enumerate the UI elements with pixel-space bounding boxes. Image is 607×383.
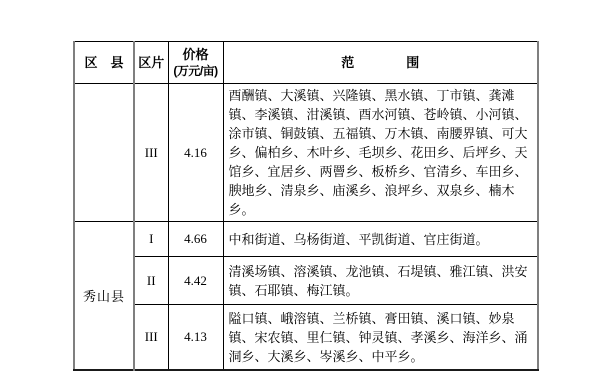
zone-cell: III	[134, 305, 168, 371]
table-header-row: 区 县 区片 价格 (万元/亩) 范 围	[74, 42, 538, 84]
zone-cell: III	[134, 84, 168, 222]
zone-cell: II	[134, 257, 168, 305]
header-price: 价格 (万元/亩)	[168, 42, 223, 84]
header-zone: 区片	[134, 42, 168, 84]
header-range: 范 围	[223, 42, 538, 84]
range-cell: 清溪场镇、溶溪镇、龙池镇、石堤镇、雅江镇、洪安镇、石耶镇、梅江镇。	[223, 257, 538, 305]
range-cell: 中和街道、乌杨街道、平凯街道、官庄街道。	[223, 222, 538, 257]
price-cell: 4.42	[168, 257, 223, 305]
price-cell: 4.13	[168, 305, 223, 371]
zone-cell: I	[134, 222, 168, 257]
land-price-table: 区 县 区片 价格 (万元/亩) 范 围 III 4.16 酉酬镇、大溪镇、兴隆…	[73, 41, 539, 371]
price-cell: 4.66	[168, 222, 223, 257]
table-row: II 4.42 清溪场镇、溶溪镇、龙池镇、石堤镇、雅江镇、洪安镇、石耶镇、梅江镇…	[74, 257, 538, 305]
table-row: III 4.13 隘口镇、峨溶镇、兰桥镇、膏田镇、溪口镇、妙泉镇、宋农镇、里仁镇…	[74, 305, 538, 371]
district-cell-xiushan: 秀山县	[74, 222, 134, 371]
header-district: 区 县	[74, 42, 134, 84]
table-row: 秀山县 I 4.66 中和街道、乌杨街道、平凯街道、官庄街道。	[74, 222, 538, 257]
table-row: III 4.16 酉酬镇、大溪镇、兴隆镇、黑水镇、丁市镇、龚滩镇、李溪镇、泔溪镇…	[74, 84, 538, 222]
header-price-unit: (万元/亩)	[169, 63, 223, 79]
header-price-title: 价格	[169, 47, 223, 63]
range-cell: 隘口镇、峨溶镇、兰桥镇、膏田镇、溪口镇、妙泉镇、宋农镇、里仁镇、钟灵镇、孝溪乡、…	[223, 305, 538, 371]
range-cell: 酉酬镇、大溪镇、兴隆镇、黑水镇、丁市镇、龚滩镇、李溪镇、泔溪镇、酉水河镇、苍岭镇…	[223, 84, 538, 222]
district-cell-blank	[74, 84, 134, 222]
price-cell: 4.16	[168, 84, 223, 222]
